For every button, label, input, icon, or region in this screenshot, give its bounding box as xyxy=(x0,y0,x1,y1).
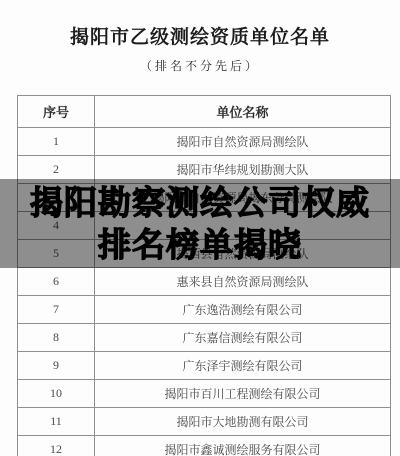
table-row: 8 广东嘉信测绘有限公司 xyxy=(18,324,391,352)
cell-unit-name: 揭阳市鑫诚测绘服务有限公司 xyxy=(95,436,391,456)
units-table: 序号 单位名称 1 揭阳市自然资源局测绘队 2 揭阳市华纬规划勘测大队 3 揭阳… xyxy=(17,95,391,456)
cell-unit-name: 揭阳市百川工程测绘有限公司 xyxy=(95,380,391,408)
header-unit-name: 单位名称 xyxy=(95,96,391,128)
page-subtitle: （排名不分先后） xyxy=(0,57,400,74)
table-header-row: 序号 单位名称 xyxy=(18,96,391,128)
cell-serial-number: 6 xyxy=(18,268,95,296)
cell-serial-number: 1 xyxy=(18,128,95,156)
page-title: 揭阳市乙级测绘资质单位名单 xyxy=(0,22,400,49)
document-page: 揭阳市乙级测绘资质单位名单 （排名不分先后） 序号 单位名称 1 揭阳市自然资源… xyxy=(0,0,400,456)
table-row: 6 惠来县自然资源局测绘队 xyxy=(18,268,391,296)
watermark-overlay: 揭阳勘察测绘公司权威 排名榜单揭晓 xyxy=(0,179,400,268)
table-row: 9 广东泽宇测绘有限公司 xyxy=(18,352,391,380)
table-row: 12 揭阳市鑫诚测绘服务有限公司 xyxy=(18,436,391,456)
cell-serial-number: 11 xyxy=(18,408,95,436)
cell-unit-name: 广东嘉信测绘有限公司 xyxy=(95,324,391,352)
cell-serial-number: 9 xyxy=(18,352,95,380)
table-row: 10 揭阳市百川工程测绘有限公司 xyxy=(18,380,391,408)
overlay-headline-line2: 排名榜单揭晓 xyxy=(98,224,302,266)
cell-unit-name: 广东逸浩测绘有限公司 xyxy=(95,296,391,324)
cell-serial-number: 10 xyxy=(18,380,95,408)
cell-unit-name: 广东泽宇测绘有限公司 xyxy=(95,352,391,380)
cell-serial-number: 7 xyxy=(18,296,95,324)
cell-unit-name: 惠来县自然资源局测绘队 xyxy=(95,268,391,296)
header-serial-number: 序号 xyxy=(18,96,95,128)
cell-unit-name: 揭阳市大地勘测有限公司 xyxy=(95,408,391,436)
table-row: 11 揭阳市大地勘测有限公司 xyxy=(18,408,391,436)
table-row: 1 揭阳市自然资源局测绘队 xyxy=(18,128,391,156)
table-body: 1 揭阳市自然资源局测绘队 2 揭阳市华纬规划勘测大队 3 揭阳市自然资源局揭东… xyxy=(18,128,391,456)
cell-serial-number: 12 xyxy=(18,436,95,456)
overlay-headline-line1: 揭阳勘察测绘公司权威 xyxy=(30,182,370,224)
cell-unit-name: 揭阳市自然资源局测绘队 xyxy=(95,128,391,156)
table-row: 7 广东逸浩测绘有限公司 xyxy=(18,296,391,324)
cell-serial-number: 8 xyxy=(18,324,95,352)
